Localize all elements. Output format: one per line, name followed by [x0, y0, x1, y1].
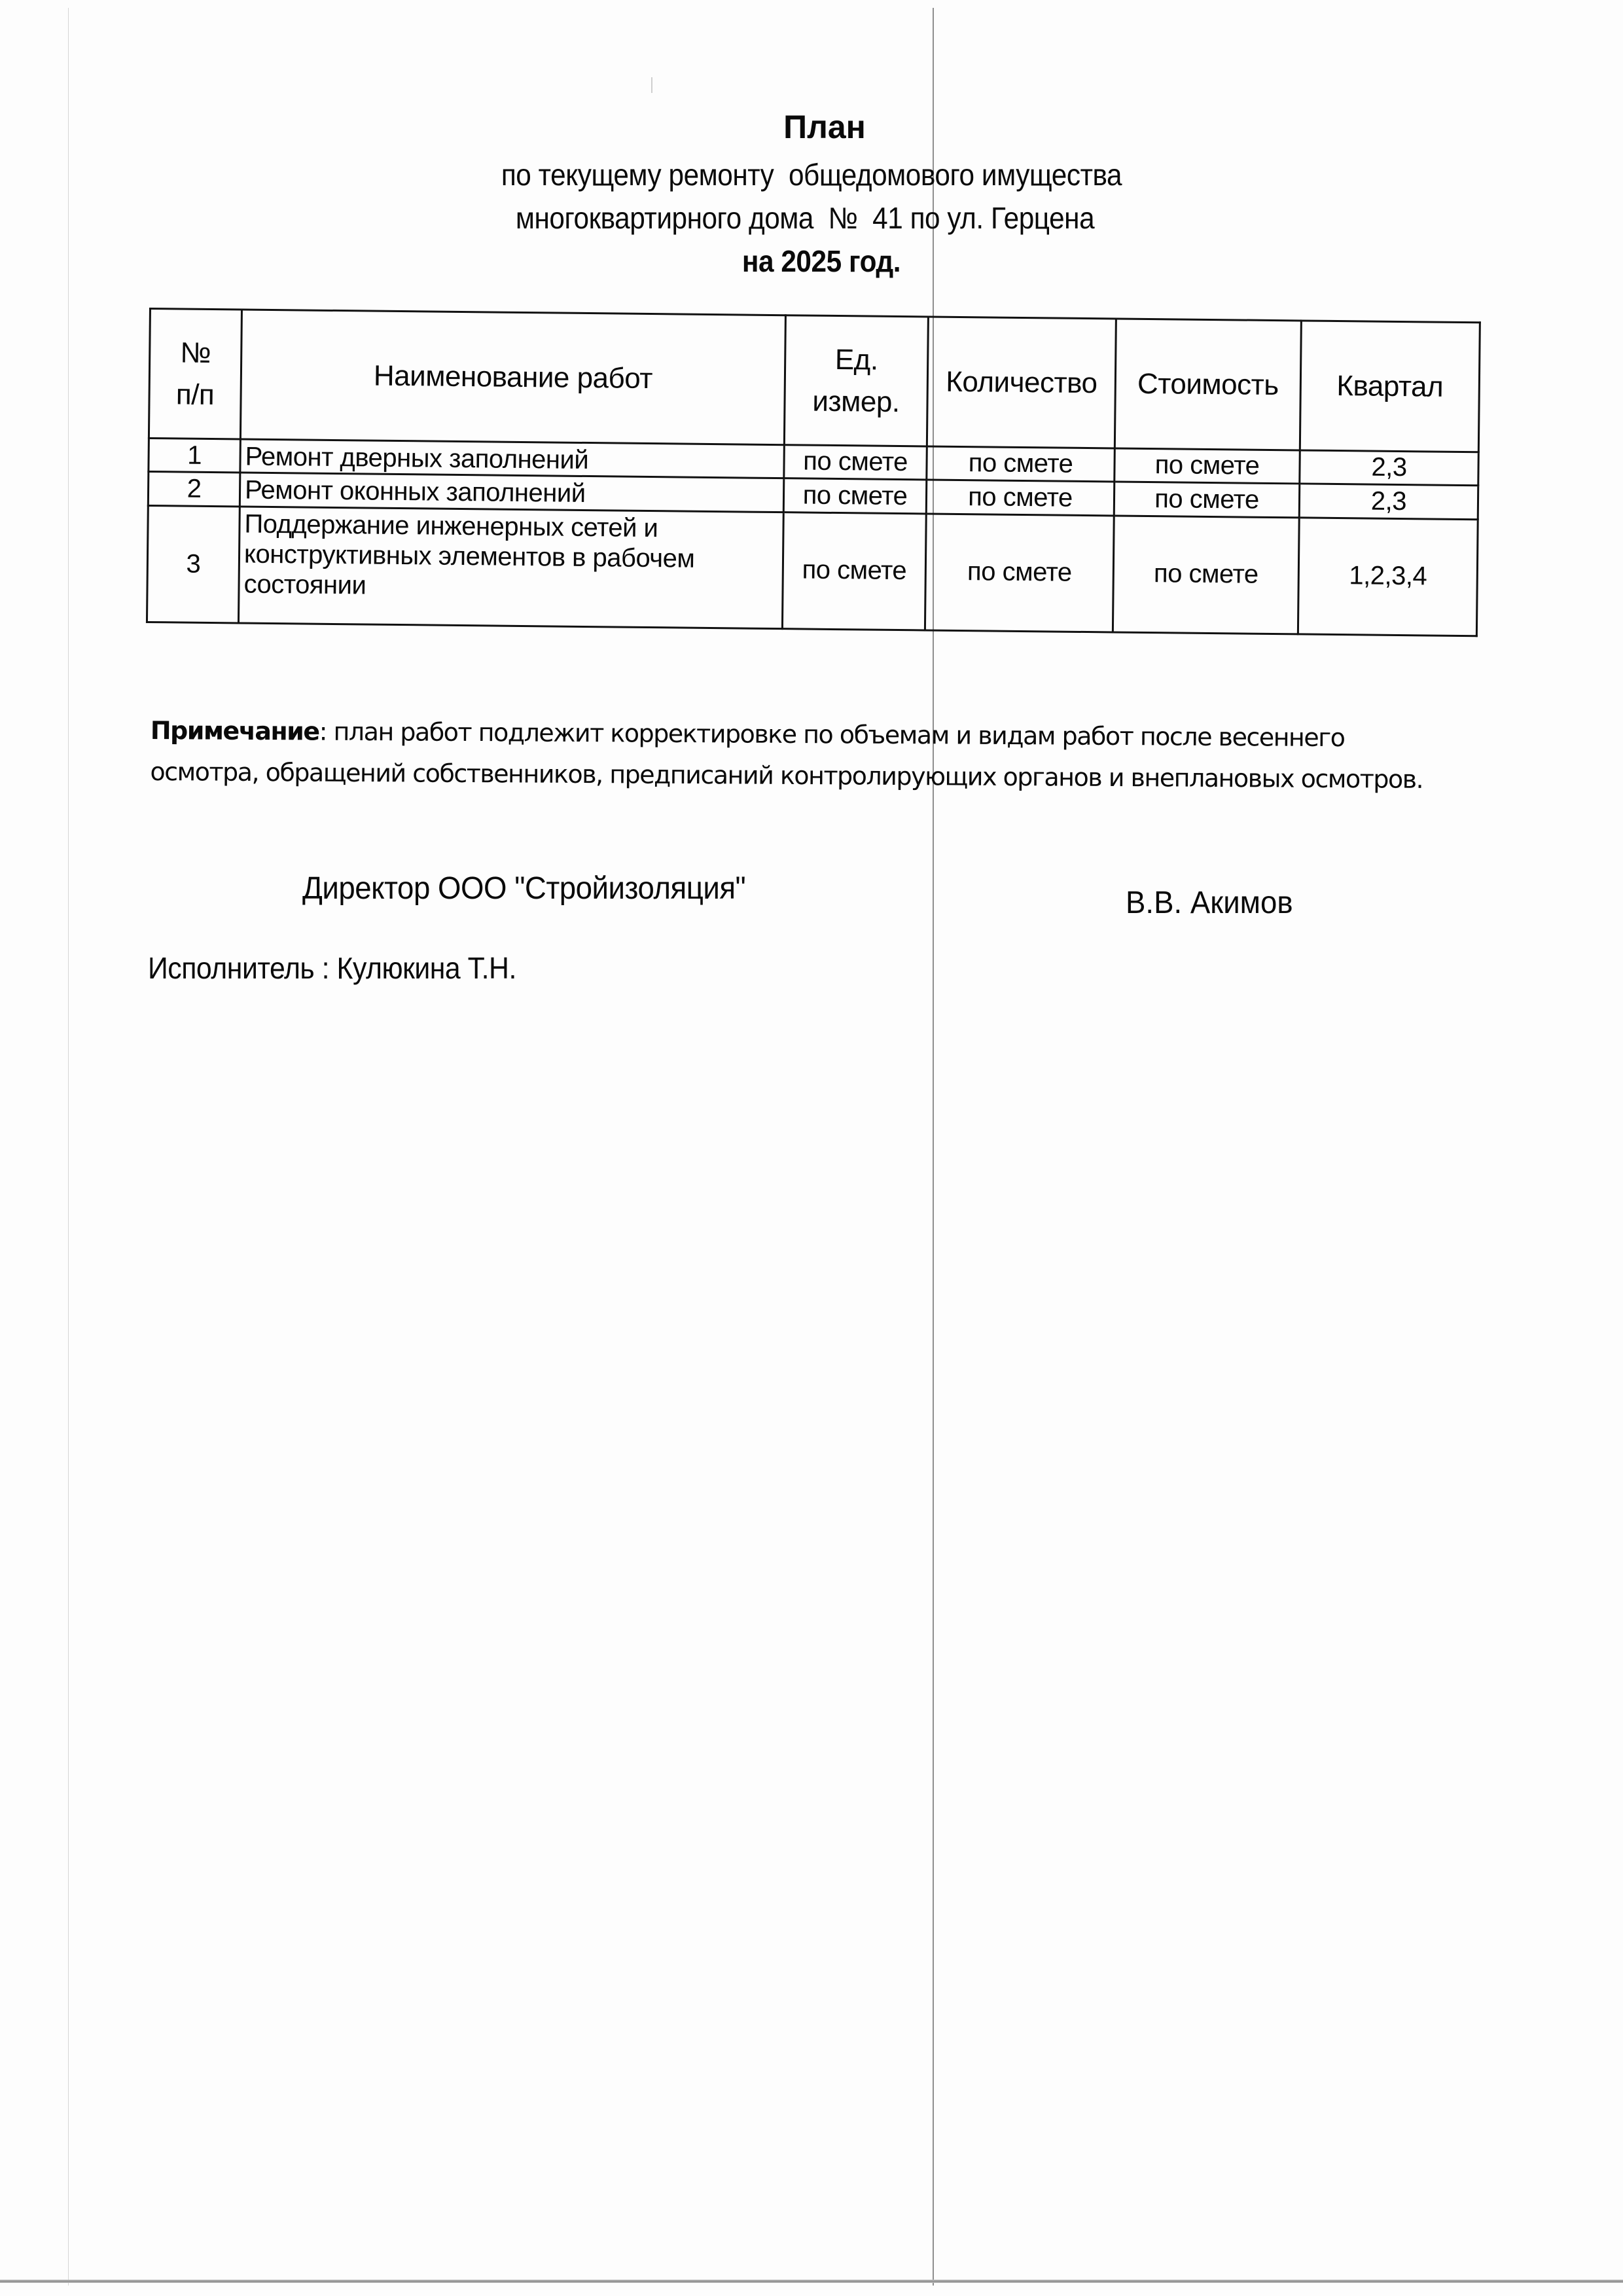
- header-quantity: Количество: [927, 317, 1116, 448]
- scan-artifact-left-line: [68, 8, 69, 2286]
- director-name: В.В. Акимов: [1126, 885, 1293, 921]
- row-number: 2: [148, 472, 240, 507]
- executor-line: Исполнитель : Кулюкина Т.Н.: [148, 950, 516, 986]
- row-unit: по смете: [782, 512, 926, 630]
- note-label: Примечание: [151, 716, 319, 746]
- note-paragraph: Примечание: план работ подлежит корректи…: [150, 710, 1446, 800]
- row-quarter: 1,2,3,4: [1298, 518, 1478, 636]
- row-work-name: Ремонт оконных заполнений: [240, 473, 783, 512]
- document-year-line: на 2025 год.: [75, 243, 1568, 279]
- row-quantity: по смете: [926, 480, 1115, 516]
- note-text: : план работ подлежит корректировке по о…: [150, 717, 1423, 794]
- table-header-row: № п/п Наименование работ Ед. измер. Коли…: [149, 309, 1480, 452]
- header-unit-line-2: измер.: [789, 380, 923, 423]
- header-number-abbr: п/п: [154, 374, 236, 416]
- table-row: 3 Поддержание инженерных сетей и констру…: [147, 505, 1478, 636]
- header-unit: Ед. измер.: [784, 315, 928, 446]
- header-cost: Стоимость: [1115, 319, 1301, 450]
- header-unit-line-1: Ед.: [790, 338, 923, 382]
- repair-plan-table: № п/п Наименование работ Ед. измер. Коли…: [146, 308, 1481, 637]
- row-cost: по смете: [1114, 482, 1300, 518]
- document-title: План: [13, 108, 1623, 146]
- document-subtitle-line-1: по текущему ремонту общедомового имущест…: [65, 157, 1558, 192]
- row-cost: по смете: [1115, 448, 1300, 484]
- header-quarter: Квартал: [1300, 321, 1480, 452]
- scan-artifact-mark: [651, 77, 652, 93]
- director-position: Директор ООО "Стройизоляция": [302, 870, 745, 906]
- header-work-name: Наименование работ: [240, 310, 785, 445]
- row-number: 3: [147, 505, 240, 622]
- scan-artifact-bottom-edge: [0, 2280, 1623, 2283]
- row-quarter: 2,3: [1300, 450, 1479, 486]
- document-subtitle-line-2: многоквартирного дома № 41 по ул. Герцен…: [58, 200, 1552, 236]
- row-cost: по смете: [1113, 516, 1299, 634]
- header-number-symbol: №: [154, 332, 237, 374]
- row-quarter: 2,3: [1299, 484, 1478, 520]
- row-quantity: по смете: [927, 446, 1115, 482]
- row-unit: по смете: [784, 445, 927, 480]
- row-work-name: Ремонт дверных заполнений: [240, 439, 784, 478]
- header-number: № п/п: [149, 309, 241, 439]
- repair-plan-table-wrapper: № п/п Наименование работ Ед. измер. Коли…: [146, 308, 1481, 637]
- row-work-name: Поддержание инженерных сетей и конструкт…: [238, 507, 783, 629]
- row-unit: по смете: [783, 478, 927, 514]
- row-quantity: по смете: [925, 514, 1114, 632]
- row-number: 1: [149, 439, 241, 473]
